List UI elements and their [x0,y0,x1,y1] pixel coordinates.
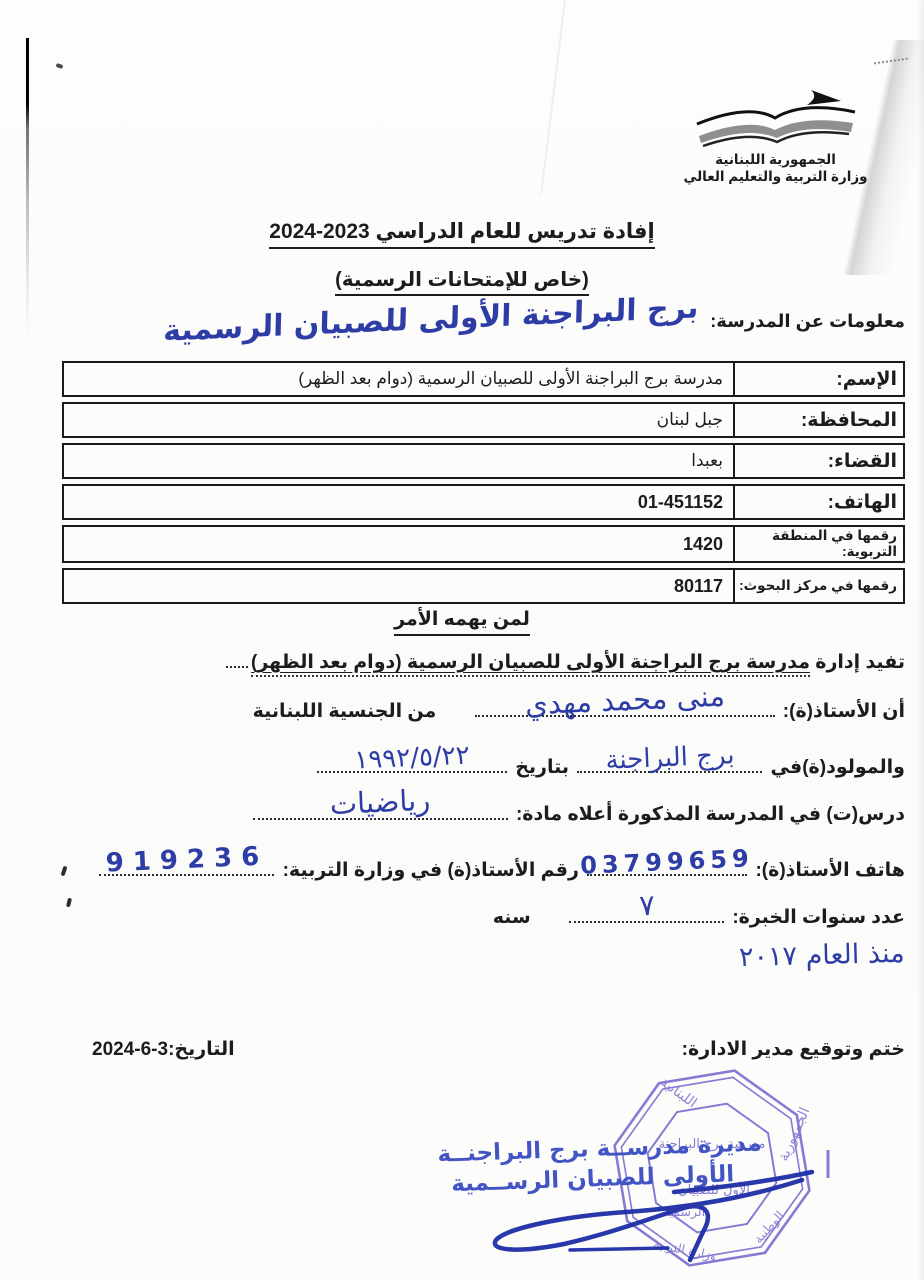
ink-speck [56,63,64,69]
letter-heading-text: لمن يهمه الأمر [394,608,530,636]
subtitle-text: (خاص للإمتحانات الرسمية) [335,267,589,296]
line3-prefix: والمولود(ة)في [771,757,905,778]
line2-prefix: أن الأستاذ(ة): [783,701,905,722]
date-label: التاريخ: [168,1039,235,1060]
dotted-leader: 919236 [99,869,274,876]
letter-line-5: هاتف الأستاذ(ة): 03799659 رقم الأستاذ(ة)… [36,856,905,885]
table-row: القضاء: بعبدا [62,443,905,479]
paper-crease [540,1,566,195]
experience-years-handwritten: ٧ [638,883,656,929]
line2-suffix: من الجنسية اللبنانية [253,701,437,722]
line5-mid: رقم الأستاذ(ة) في وزارة التربية: [283,860,579,881]
document-subtitle: (خاص للإمتحانات الرسمية) [0,267,924,296]
school-stamp: اللبنانية الجمهورية وزارة التربية الوطني… [430,1060,860,1280]
row-value: بعبدا [62,443,733,479]
dotted-leader: برج البراجنة [577,766,762,773]
letter-line-7: منذ العام ٢٠١٧ [36,935,905,977]
dotted-leader: ٧ [569,916,724,923]
dotted-leader: منى محمد مهدي [475,710,775,717]
stamp-ring-text: وزارة التربية [652,1236,718,1265]
letter-body: تفيد إدارة مدرسة برج البراجنة الأولى للص… [36,648,905,996]
line1-prefix: تفيد إدارة [815,652,905,673]
school-info-line: معلومات عن المدرسة: برج البراجنة الأولى … [163,300,905,335]
letter-line-4: درس(ت) في المدرسة المذكورة أعلاه مادة: ر… [36,800,905,829]
title-text: إفادة تدريس للعام الدراسي [376,220,655,243]
row-label: القضاء: [733,443,905,479]
row-value: مدرسة برج البراجنة الأولى للصبيان الرسمي… [62,361,733,397]
date-value: 2024-6-3 [92,1039,168,1061]
line6-prefix: عدد سنوات الخبرة: [732,907,905,928]
table-row: رقمها في مركز البحوث: 80117 [62,568,905,604]
row-label: رقمها في مركز البحوث: [733,568,905,604]
ministry-name: وزارة التربية والتعليم العالي [663,169,888,185]
stamp-ring-text: الجمهورية [775,1105,813,1164]
subject-handwritten: رياضيات [329,778,431,827]
school-info-handwritten: برج البراجنة الأولى للصبيان الرسمية [163,290,699,348]
republic-name: الجمهورية اللبنانية [663,152,888,168]
row-value: 80117 [674,576,723,597]
line1-school-name: مدرسة برج البراجنة الأولى للصبيان الرسمي… [251,652,810,677]
scanned-document-page: الجمهورية اللبنانية وزارة التربية والتعل… [0,0,924,1280]
birthdate-handwritten: ١٩٩٢/٥/٢٢ [353,735,470,780]
since-year-handwritten: منذ العام ٢٠١٧ [739,932,906,978]
letter-line-1: تفيد إدارة مدرسة برج البراجنة الأولى للص… [36,648,905,677]
table-row: رقمها في المنطقة التربوية: 1420 [62,525,905,563]
school-info-label: معلومات عن المدرسة: [710,311,905,331]
document-title: إفادة تدريس للعام الدراسي 2024-2023 [0,219,924,249]
teacher-phone-handwritten: 03799659 [580,840,755,885]
letter-line-3: والمولود(ة)في برج البراجنة بتاريخ ١٩٩٢/٥… [36,753,905,782]
row-label: رقمها في المنطقة التربوية: [733,525,905,563]
date-line: التاريخ:2024-6-3 [92,1038,235,1061]
scan-shadow [917,0,924,1280]
title-years: 2024-2023 [269,220,369,244]
dotted-leader: ١٩٩٢/٥/٢٢ [317,766,507,773]
row-value: جبل لبنان [62,402,733,438]
row-label: المحافظة: [733,402,905,438]
teacher-name-handwritten: منى محمد مهدي [524,673,726,727]
dotted-leader [226,661,248,668]
letter-line-6: عدد سنوات الخبرة: ٧ سنه [36,903,905,932]
dotted-leader: رياضيات [253,813,508,820]
school-info-table: الإسم: مدرسة برج البراجنة الأولى للصبيان… [62,356,905,609]
table-row: المحافظة: جبل لبنان [62,402,905,438]
row-label: الإسم: [733,361,905,397]
birthplace-handwritten: برج البراجنة [604,735,735,781]
row-value: 01-451152 [638,492,723,513]
line4-prefix: درس(ت) في المدرسة المذكورة أعلاه مادة: [516,804,905,825]
dotted-leader: 03799659 [587,869,747,876]
open-book-icon [683,88,868,150]
row-label: الهاتف: [733,484,905,520]
row-value: 1420 [683,534,723,555]
ministry-logo: الجمهورية اللبنانية وزارة التربية والتعل… [663,88,888,185]
line3-mid: بتاريخ [515,757,569,778]
line5-prefix: هاتف الأستاذ(ة): [755,860,905,881]
letter-line-2: أن الأستاذ(ة): منى محمد مهدي من الجنسية … [36,697,905,726]
seal-label: ختم وتوقيع مدير الادارة: [682,1038,905,1061]
table-row: الهاتف: 01-451152 [62,484,905,520]
ministry-number-handwritten: 919236 [105,837,269,884]
letter-heading: لمن يهمه الأمر [0,608,924,636]
table-row: الإسم: مدرسة برج البراجنة الأولى للصبيان… [62,361,905,397]
line6-suffix: سنه [493,907,531,928]
